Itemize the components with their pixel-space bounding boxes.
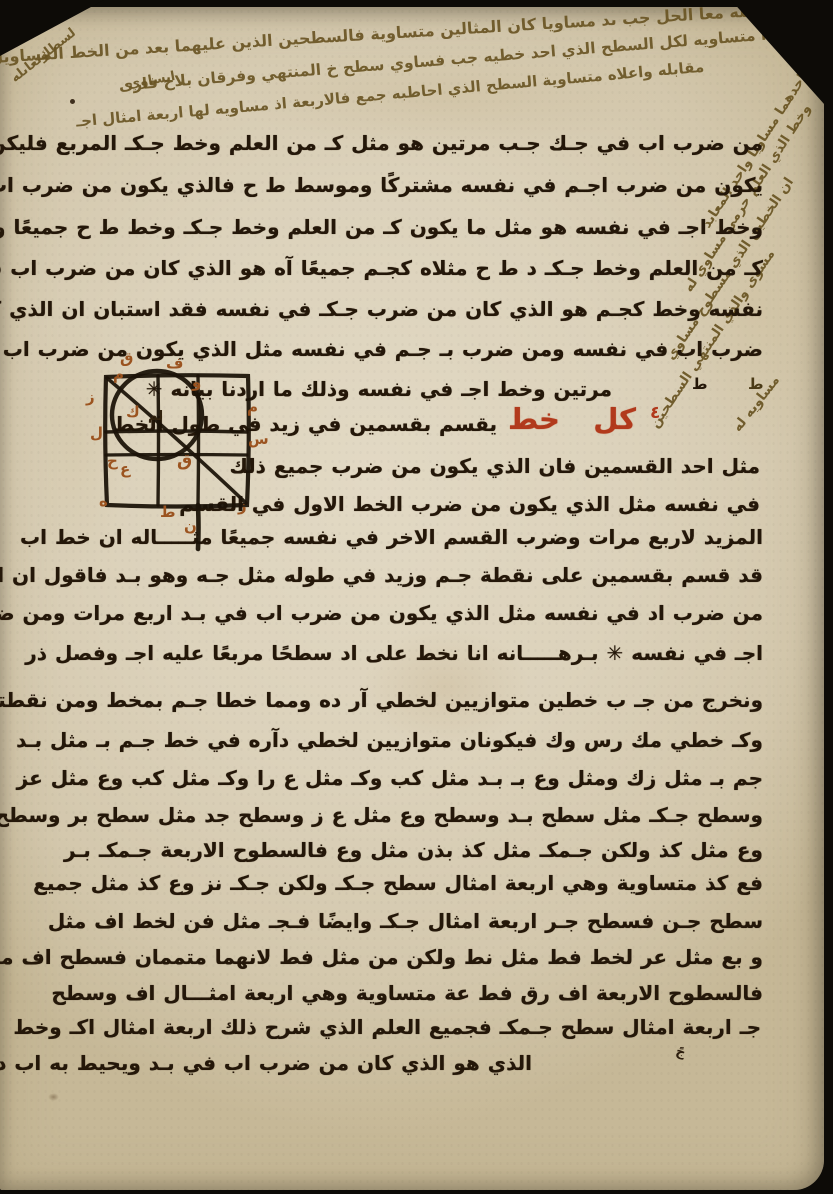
diagram-label: ع — [120, 462, 130, 477]
text-line: قد قسم بقسمين على نقطة جـم وزيد في طوله … — [62, 559, 763, 593]
text-line: فالسطوح الاربعة اف رق فط عة متساوية وهي … — [64, 977, 763, 1011]
diagram-label: ن — [184, 519, 197, 534]
text-line: وكـ خطي مك رس وك فيكونان متوازيين لخطي د… — [62, 724, 763, 758]
diagram-label: ح — [107, 454, 118, 469]
diagram-label: ز — [238, 499, 247, 514]
text-line: كـ من العلم وخط جـكـ د ط ح مثلاه كجـم جم… — [68, 252, 763, 286]
diagram-label: ه — [99, 494, 108, 509]
text-line: جـ اربعة امثال سطح جـمكـ فجميع العلم الذ… — [78, 1011, 761, 1045]
diagram-label: ق — [177, 454, 192, 469]
diagram-label: م — [113, 367, 124, 382]
diagram-diagonal — [107, 378, 246, 503]
diagram-label: ف — [166, 356, 183, 371]
rubric-caret-mark: ٤ — [650, 403, 660, 423]
text-line: مثل احد القسمين فان الذي يكون من ضرب جمي… — [298, 450, 760, 484]
diagram-label: ز — [86, 390, 95, 405]
stray-letter-mark: جً — [674, 1044, 688, 1061]
diagram-label: ق — [120, 351, 133, 366]
text-line: نفسه وخط كجـم هو الذي كان من ضرب جـكـ في… — [68, 293, 763, 327]
text-line: من ضرب اد في نفسه مثل الذي يكون من ضرب ا… — [66, 597, 763, 631]
ink-smudge — [48, 1093, 59, 1101]
text-line: يكون من ضرب اجـم في نفسه مشتركًا وموسط ط… — [66, 169, 763, 203]
diagram-label: ط — [160, 505, 176, 520]
diagram-inner-horizontal-1 — [106, 431, 247, 432]
text-line: من ضرب اب في جـك جـب مرتين هو مثل كـ من … — [72, 127, 763, 161]
margin-ta-mark: ط — [748, 375, 764, 393]
diagram-inner-vertical-1 — [158, 376, 159, 505]
section-heading-rubric: كل خط — [508, 401, 636, 437]
manuscript-page: بك مقابله معا الحل جب ٮد مساويا كان المث… — [0, 7, 824, 1190]
diagram-label: ل — [90, 426, 103, 441]
text-line: ونخرج من جـ ب خطين متوازيين لخطي آر ده و… — [64, 684, 763, 718]
text-line: اجـ في نفسه ✳ بـرهـــــانه انا نخط على ا… — [62, 637, 763, 671]
diagram-stub-line — [198, 505, 199, 549]
text-line: وع مثل كذ ولكن جـمكـ مثل كذ بذن مثل وع ف… — [64, 834, 763, 868]
diagram-label: س — [248, 432, 269, 447]
text-line: يقسم بقسمين في زيد في طول الخط — [276, 408, 497, 442]
diagram-label: لم — [148, 409, 163, 424]
text-line: جم بـ مثل زك ومثل وع بـ بـد مثل كب وكـ م… — [64, 762, 763, 796]
diagram-label: و — [192, 375, 201, 390]
text-line: وخط اجـ في نفسه هو مثل ما يكون كـ من الع… — [70, 211, 763, 245]
text-line: سطح جـن فسطح جـر اربعة امثال جـكـ وايضًا… — [64, 905, 763, 939]
text-line: و بع مثل عر لخط فط مثل نط ولكن من مثل فط… — [62, 941, 763, 975]
ink-dot — [70, 99, 75, 104]
diagram-label: ك — [126, 405, 140, 420]
text-line: فع كذ متساوية وهي اربعة امثال سطح جـكـ و… — [62, 867, 763, 901]
ink-ta-mark: ط — [692, 375, 708, 393]
diagram-label: م — [247, 400, 258, 415]
manuscript-scan: بك مقابله معا الحل جب ٮد مساويا كان المث… — [0, 0, 833, 1194]
text-line: الذي هو الذي كان من ضرب اب في بـد ويحيط … — [84, 1047, 532, 1081]
text-line: وسطح جـكـ مثل سطح بـد وسطح وع مثل ع ز وس… — [62, 799, 763, 833]
text-line: في نفسه مثل الذي يكون من ضرب الخط الاول … — [262, 488, 760, 522]
